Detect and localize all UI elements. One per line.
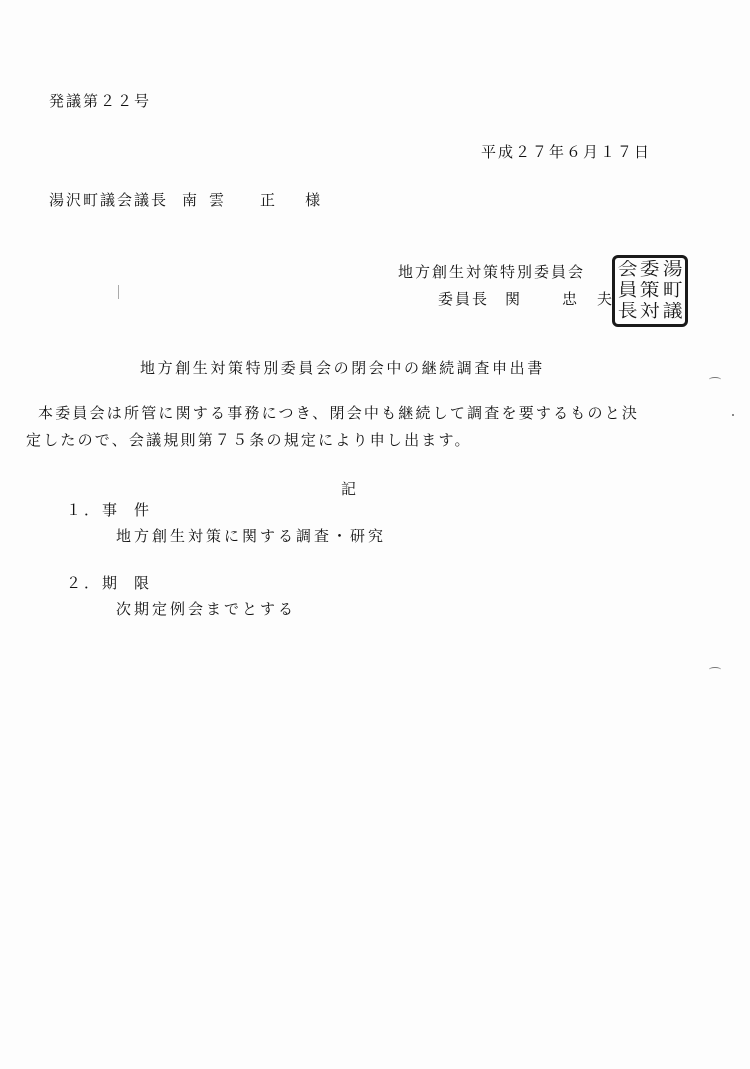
document-page: 発議第２２号 平成２７年６月１７日 湯沢町議会議長南雲正様 地方創生対策特別委員… (0, 0, 750, 1069)
seal-character: 対 (638, 302, 661, 322)
seal-character: 町 (661, 281, 684, 301)
item-heading-part: 期 (102, 574, 120, 592)
official-seal-stamp: 会 委 湯 員 策 町 長 対 議 (612, 255, 688, 327)
scan-artifact-scratch (118, 285, 119, 299)
item-number: １． (66, 501, 102, 519)
scan-artifact-speck (732, 414, 734, 416)
document-number: 発議第２２号 (49, 92, 151, 110)
seal-character: 湯 (661, 260, 684, 280)
document-date: 平成２７年６月１７日 (481, 143, 651, 161)
addressee-name-part: 雲 (209, 191, 226, 209)
scan-artifact-mark (709, 667, 721, 672)
document-title: 地方創生対策特別委員会の閉会中の継続調査申出書 (140, 359, 545, 377)
sender-role: 委員長 (438, 290, 489, 308)
item-heading-part: 件 (134, 501, 152, 519)
item-heading: １．事件 (66, 501, 152, 519)
item-content: 次期定例会までとする (116, 600, 296, 618)
item-heading-part: 限 (134, 574, 152, 592)
seal-character: 委 (638, 260, 661, 280)
seal-character: 策 (638, 281, 661, 301)
sender-name-part: 関 (505, 290, 522, 308)
sender-organization: 地方創生対策特別委員会 (398, 263, 585, 281)
body-text-line: 定したので、会議規則第７５条の規定により申し出ます。 (26, 431, 472, 449)
addressee-name-part: 南 (182, 191, 199, 209)
item-heading: ２．期限 (66, 574, 152, 592)
seal-character: 員 (616, 281, 639, 301)
sender-name-part: 忠 (562, 290, 579, 308)
seal-character: 会 (616, 260, 639, 280)
item-content: 地方創生対策に関する調査・研究 (116, 527, 386, 545)
addressee-title: 湯沢町議会議長 (49, 191, 168, 209)
addressee-name-part: 正 (260, 191, 277, 209)
scan-artifact-mark (709, 377, 721, 382)
seal-character: 長 (616, 302, 639, 322)
item-number: ２． (66, 574, 102, 592)
sender-chair: 委員長関忠夫 (438, 290, 614, 308)
ki-label: 記 (341, 480, 359, 498)
addressee-honorific: 様 (305, 191, 322, 209)
seal-character: 議 (661, 302, 684, 322)
body-text-line: 本委員会は所管に関する事務につき、閉会中も継続して調査を要するものと決 (38, 404, 639, 422)
addressee: 湯沢町議会議長南雲正様 (49, 191, 322, 209)
item-heading-part: 事 (102, 501, 120, 519)
